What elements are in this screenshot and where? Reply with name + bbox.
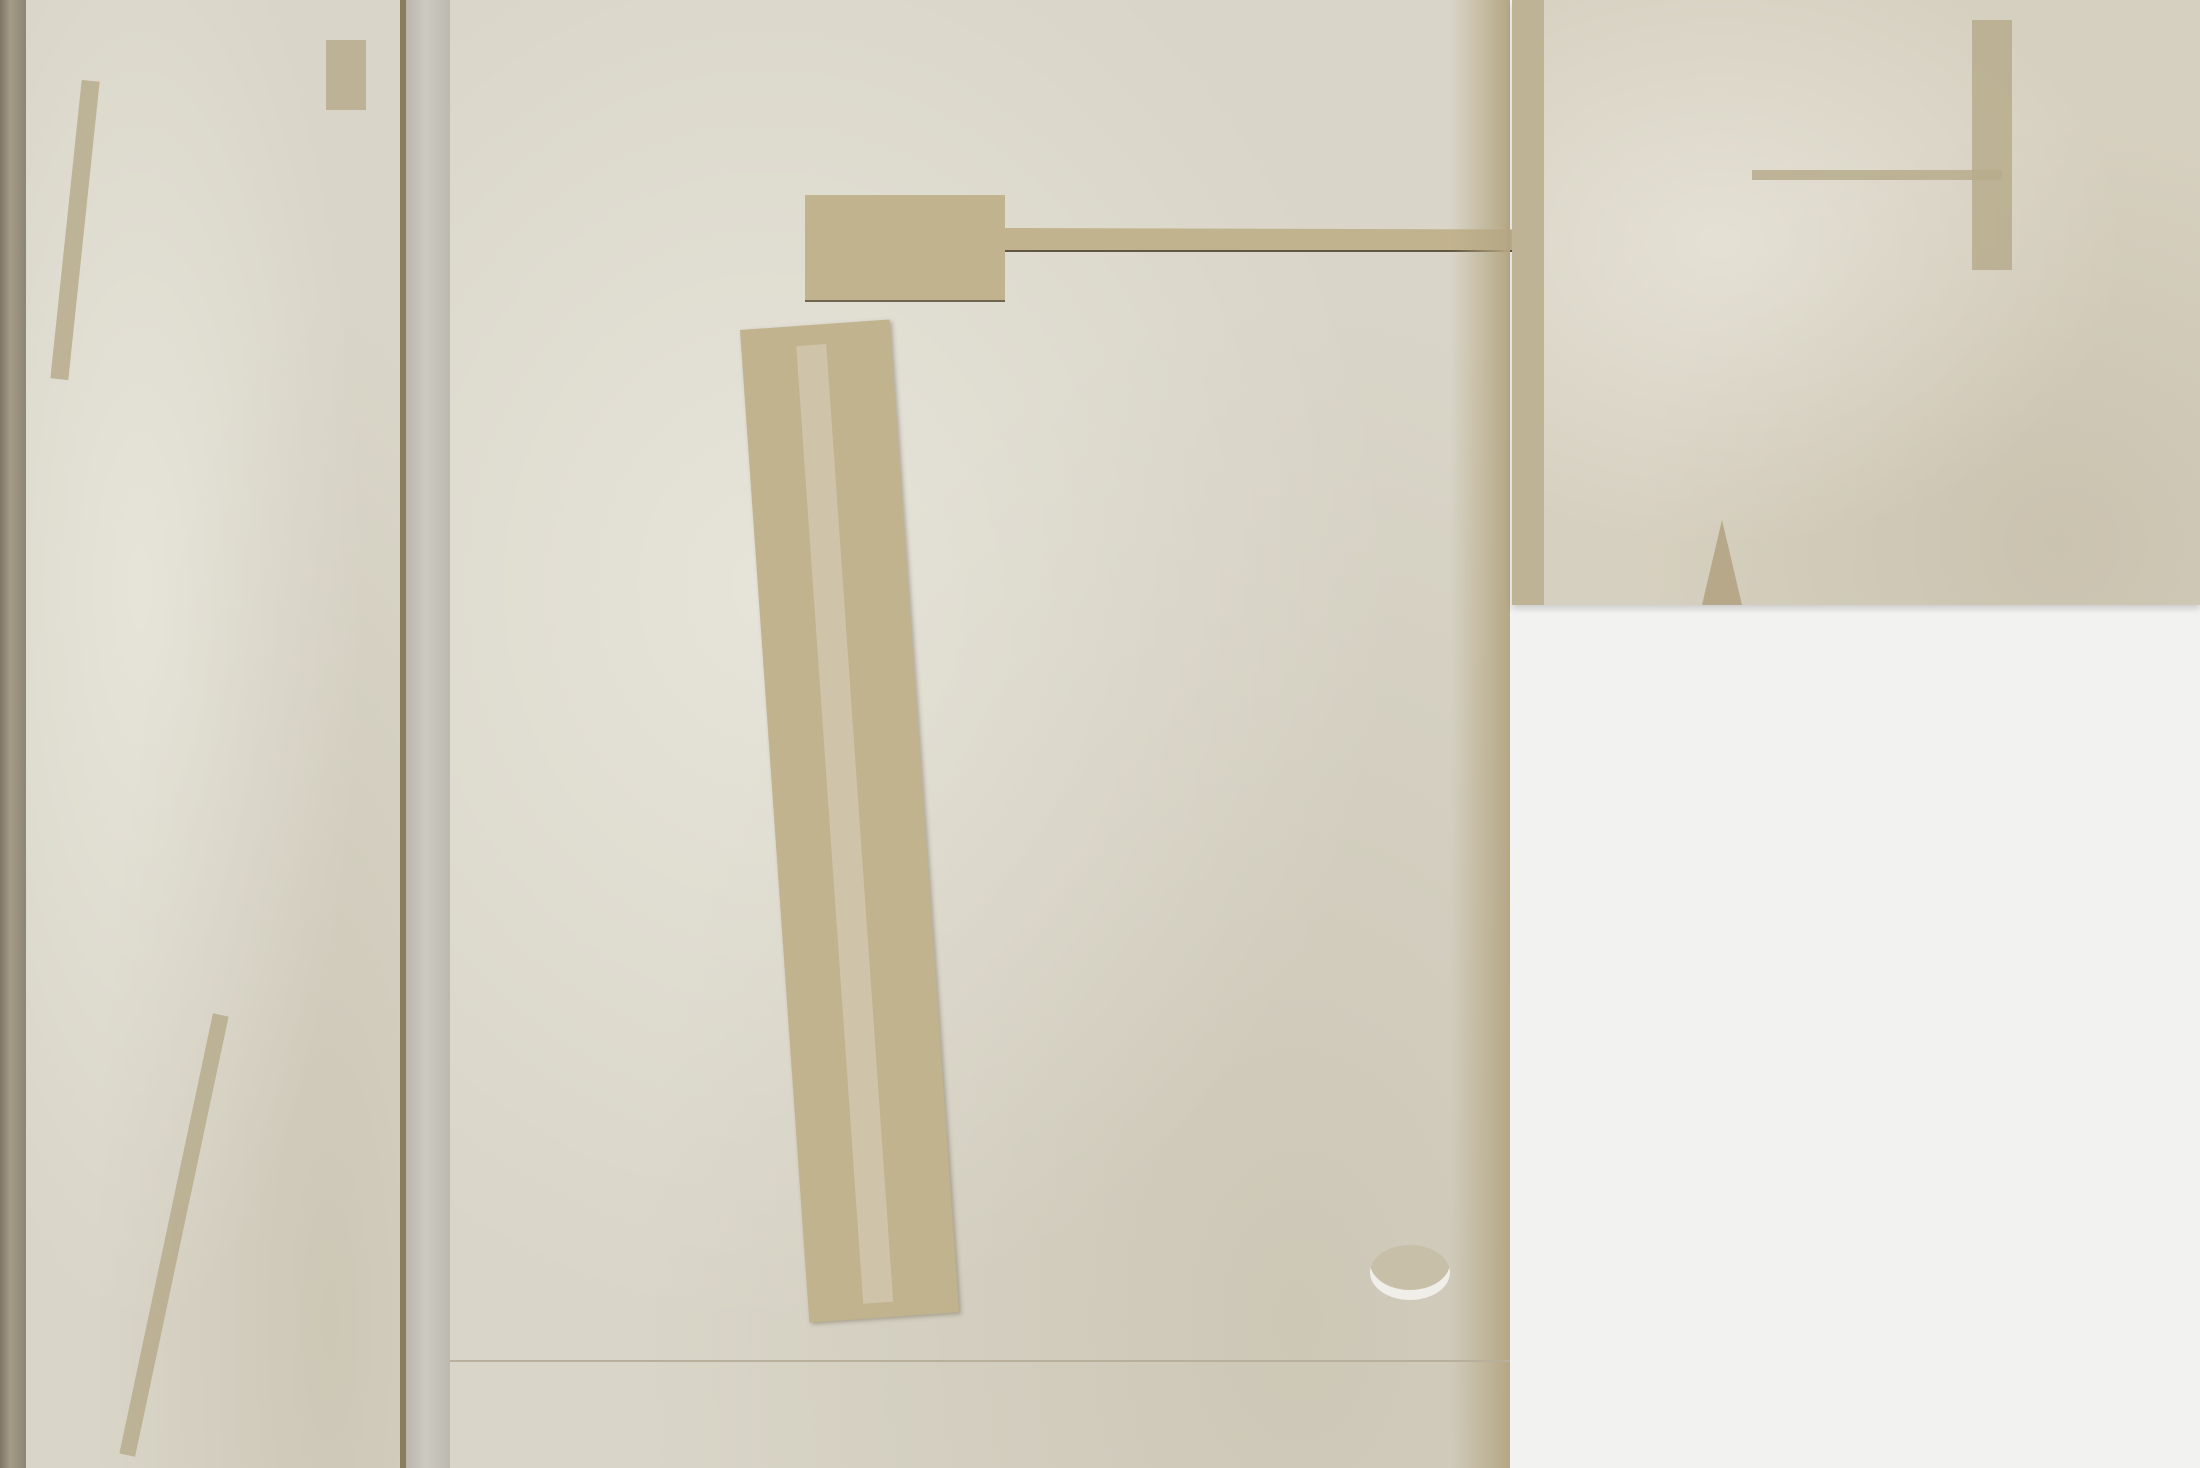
center-panel bbox=[450, 0, 1510, 1468]
chip-hole bbox=[1370, 1245, 1450, 1300]
vertical-grey-strip bbox=[406, 0, 450, 1468]
upper-right-panel bbox=[1512, 0, 2200, 605]
bottom-seam-line bbox=[450, 1360, 1510, 1362]
right-edge-wear bbox=[1450, 0, 1510, 1468]
vertical-stain bbox=[1972, 20, 2012, 270]
stain-mark bbox=[326, 40, 366, 110]
left-panel bbox=[26, 0, 406, 1468]
left-edge-strip bbox=[0, 0, 26, 1468]
relief-groove bbox=[796, 344, 893, 1304]
horizontal-stain bbox=[1752, 170, 2002, 180]
drip-stain bbox=[50, 80, 99, 380]
panel-left-edge bbox=[1512, 0, 1544, 605]
drip-stain bbox=[119, 1013, 228, 1456]
horizontal-relief-bar bbox=[805, 195, 1005, 302]
chipped-corner bbox=[1702, 520, 1742, 605]
vertical-relief-bar bbox=[740, 320, 959, 1323]
